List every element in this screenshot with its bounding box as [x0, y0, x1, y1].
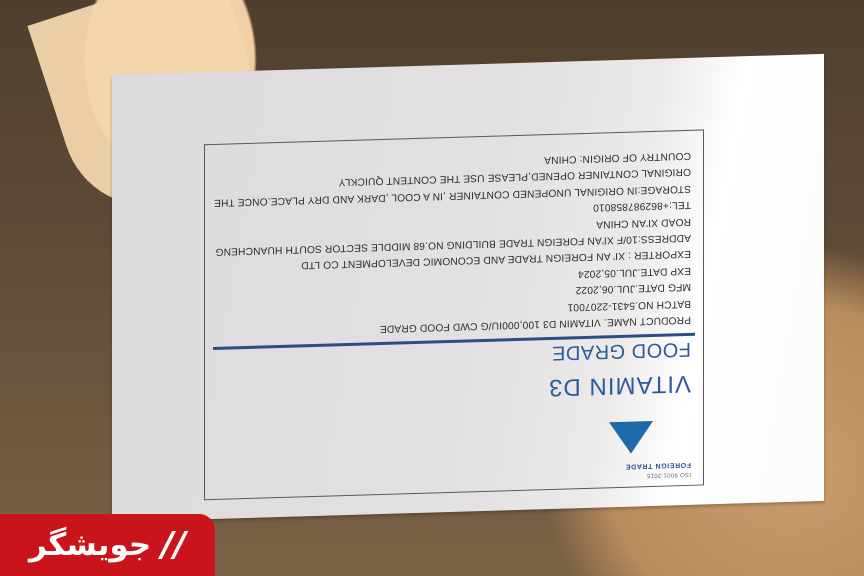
paper-sheet: ISO 9001:2015 FOREIGN TRADE VITAMIN D3 F…	[112, 54, 824, 522]
slash-logo-icon: //	[161, 525, 186, 565]
pyramid-icon	[609, 421, 653, 454]
watermark-text: جویشگر	[29, 527, 151, 563]
brand-name: FOREIGN TRADE	[571, 461, 691, 472]
product-title: VITAMIN D3	[548, 369, 691, 401]
watermark-badge: جویشگر //	[0, 514, 215, 576]
product-grade: FOOD GRADE	[552, 337, 691, 364]
product-details: PRODUCT NAME. VITAMIN D3 100,000IU/G CWD…	[217, 146, 691, 341]
company-logo: ISO 9001:2015 FOREIGN TRADE	[571, 420, 691, 481]
product-label: ISO 9001:2015 FOREIGN TRADE VITAMIN D3 F…	[204, 129, 704, 500]
iso-certification: ISO 9001:2015	[571, 471, 691, 481]
